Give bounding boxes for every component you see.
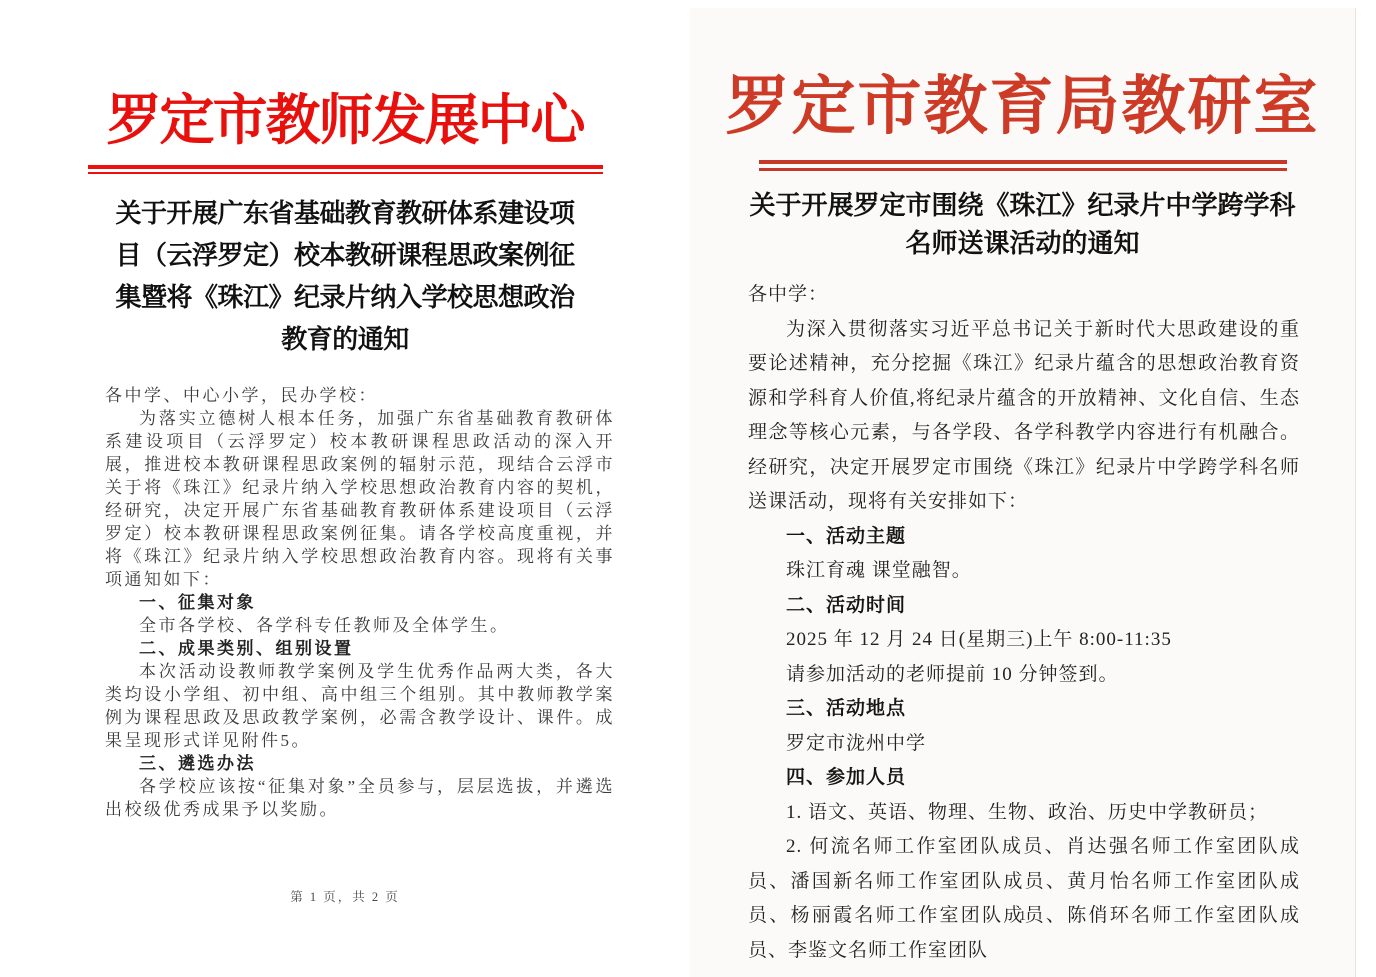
right-section-3-line-1: 罗定市泷州中学	[748, 727, 1300, 762]
right-title-line-2: 名师送课活动的通知	[720, 225, 1325, 263]
right-section-2-line-1: 2025 年 12 月 24 日(星期三)上午 8:00-11:35	[748, 623, 1300, 658]
left-section-2-heading: 二、成果类别、组别设置	[105, 637, 615, 660]
left-opening-paragraph: 为落实立德树人根本任务，加强广东省基础教育教研体系建设项目（云浮罗定）校本教研课…	[105, 407, 615, 591]
left-title-line-2: 目（云浮罗定）校本教研课程思政案例征	[40, 235, 650, 277]
left-page-footer: 第 1 页，共 2 页	[0, 887, 690, 905]
left-letterhead-title: 罗定市教师发展中心	[85, 90, 605, 152]
right-section-4-heading: 四、参加人员	[748, 761, 1300, 796]
right-opening-paragraph: 为深入贯彻落实习近平总书记关于新时代大思政建设的重要论述精神，充分挖掘《珠江》纪…	[748, 313, 1300, 520]
right-document-title: 关于开展罗定市围绕《珠江》纪录片中学跨学科 名师送课活动的通知	[720, 187, 1325, 263]
right-section-1-heading: 一、活动主题	[748, 520, 1300, 555]
left-title-line-1: 关于开展广东省基础教育教研体系建设项	[40, 193, 650, 235]
left-page: 罗定市教师发展中心 关于开展广东省基础教育教研体系建设项 目（云浮罗定）校本教研…	[0, 0, 690, 977]
right-section-3-heading: 三、活动地点	[748, 692, 1300, 727]
left-body: 各中学、中心小学，民办学校： 为落实立德树人根本任务，加强广东省基础教育教研体系…	[105, 384, 615, 821]
right-letterhead-title: 罗定市教育局教研室	[713, 70, 1333, 144]
right-section-4-item-2: 2. 何流名师工作室团队成员、肖达强名师工作室团队成员、潘国新名师工作室团队成员…	[748, 830, 1300, 968]
left-section-1-heading: 一、征集对象	[105, 591, 615, 614]
right-salutation: 各中学：	[748, 278, 1300, 313]
left-section-2-body: 本次活动设教师教学案例及学生优秀作品两大类，各大类均设小学组、初中组、高中组三个…	[105, 660, 615, 752]
left-section-3-body: 各学校应该按“征集对象”全员参与，层层选拔，并遴选出校级优秀成果予以奖励。	[105, 775, 615, 821]
right-section-1-line-1: 珠江育魂 课堂融智。	[748, 554, 1300, 589]
document-canvas: 罗定市教师发展中心 关于开展广东省基础教育教研体系建设项 目（云浮罗定）校本教研…	[0, 0, 1376, 977]
left-document-title: 关于开展广东省基础教育教研体系建设项 目（云浮罗定）校本教研课程思政案例征 集暨…	[40, 193, 650, 361]
left-title-line-3: 集暨将《珠江》纪录片纳入学校思想政治	[40, 277, 650, 319]
right-section-4-item-1: 1. 语文、英语、物理、生物、政治、历史中学教研员；	[748, 796, 1300, 831]
right-body: 各中学： 为深入贯彻落实习近平总书记关于新时代大思政建设的重要论述精神，充分挖掘…	[748, 278, 1300, 968]
left-section-1-body: 全市各学校、各学科专任教师及全体学生。	[105, 614, 615, 637]
right-section-2-line-2: 请参加活动的老师提前 10 分钟签到。	[748, 658, 1300, 693]
left-red-double-rule	[88, 165, 603, 174]
left-salutation: 各中学、中心小学，民办学校：	[105, 384, 615, 407]
right-page-number: 1	[690, 909, 1355, 925]
right-red-double-rule	[759, 160, 1287, 171]
left-section-3-heading: 三、遴选办法	[105, 752, 615, 775]
right-page: 罗定市教育局教研室 关于开展罗定市围绕《珠江》纪录片中学跨学科 名师送课活动的通…	[690, 8, 1356, 977]
right-title-line-1: 关于开展罗定市围绕《珠江》纪录片中学跨学科	[720, 187, 1325, 225]
left-title-line-4: 教育的通知	[40, 319, 650, 361]
right-section-2-heading: 二、活动时间	[748, 589, 1300, 624]
